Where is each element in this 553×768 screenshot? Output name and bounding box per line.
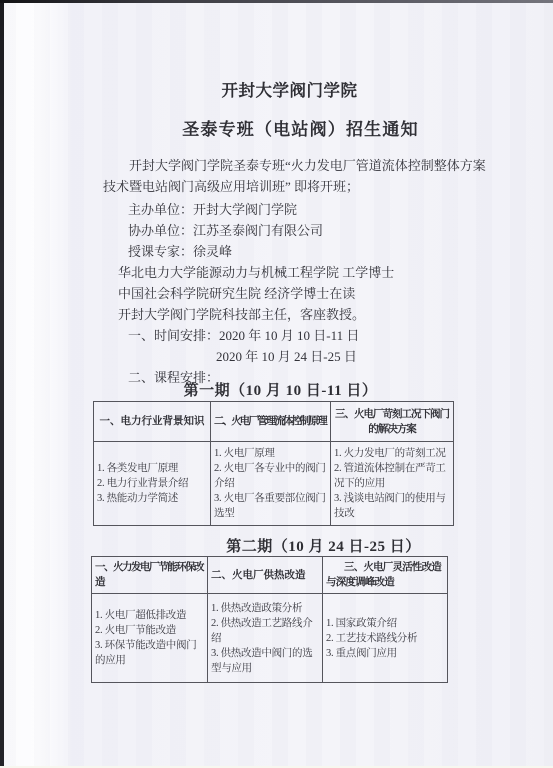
info-line-credential-3: 开封大学阀门学院科技部主任，客座教授。 — [118, 304, 523, 325]
info-block: 主办单位：开封大学阀门学院 协办单位：江苏圣泰阀门有限公司 授课专家：徐灵峰 华… — [103, 199, 523, 388]
table-cell: 1. 火力发电厂的苛刻工况 2. 管道流体控制在严苛工况下的应用 3. 浅谈电站… — [331, 442, 454, 526]
intro-line: 开封大学阀门学院圣泰专班“火力发电厂管道流体控制整体方案 — [129, 155, 501, 176]
info-line-time-schedule-2: 2020 年 10 月 24 日-25 日 — [216, 346, 523, 367]
course-item: 2. 火电厂节能改造 — [95, 623, 204, 638]
table-cell: 1. 国家政策介绍 2. 工艺技术路线分析 3. 重点阀门应用 — [323, 594, 448, 683]
table-cell: 1. 火电厂超低排改造 2. 火电厂节能改造 3. 环保节能改造中阀门的应用 — [92, 594, 208, 683]
table-cell: 1. 各类发电厂原理 2. 电力行业背景介绍 3. 热能动力学简述 — [94, 442, 211, 526]
page-subtitle: 圣泰专班（电站阀）招生通知 — [24, 115, 553, 140]
course-item: 3. 重点阀门应用 — [326, 646, 444, 661]
course-item: 3. 浅谈电站阀门的使用与技改 — [334, 491, 450, 521]
info-line-co-host-unit: 协办单位：江苏圣泰阀门有限公司 — [128, 220, 523, 241]
table-body-row: 1. 火电厂超低排改造 2. 火电厂节能改造 3. 环保节能改造中阀门的应用 1… — [92, 594, 448, 683]
course-item: 1. 火力发电厂的苛刻工况 — [334, 446, 450, 461]
course-item: 3. 热能动力学简述 — [97, 491, 207, 506]
column-header: 三、火电厂苛刻工况下阀门的解决方案 — [331, 402, 454, 442]
course-item: 2. 管道流体控制在严苛工况下的应用 — [334, 461, 450, 491]
table2-caption: 第二期（10 月 24 日-25 日） — [47, 535, 553, 556]
column-header: 二、火电厂管理流体控制原理 — [211, 402, 331, 442]
course-item: 1. 国家政策介绍 — [326, 616, 444, 631]
intro-paragraph: 开封大学阀门学院圣泰专班“火力发电厂管道流体控制整体方案 技术暨电站阀门高级应用… — [103, 155, 501, 197]
info-line-credential-2: 中国社会科学院研究生院 经济学博士在读 — [118, 283, 523, 304]
course-item: 2. 工艺技术路线分析 — [326, 631, 444, 646]
info-line-host-unit: 主办单位：开封大学阀门学院 — [128, 199, 523, 220]
course-item: 1. 火电厂超低排改造 — [95, 608, 204, 623]
scanned-document-page: 开封大学阀门学院 圣泰专班（电站阀）招生通知 开封大学阀门学院圣泰专班“火力发电… — [0, 0, 553, 768]
info-line-credential-1: 华北电力大学能源动力与机械工程学院 工学博士 — [118, 262, 523, 283]
page-title: 开封大学阀门学院 — [13, 77, 553, 101]
column-header: 一、火力发电厂节能环保改造 — [92, 557, 208, 594]
course-item: 3. 供热改造中阀门的选型与应用 — [211, 646, 319, 676]
table-cell: 1. 火电厂原理 2. 火电厂各专业中的阀门介绍 3. 火电厂各重要部位阀门选型 — [211, 442, 331, 526]
course-table-period-1: 一、电力行业背景知识 二、火电厂管理流体控制原理 三、火电厂苛刻工况下阀门的解决… — [93, 401, 454, 526]
column-header: 三、火电厂灵活性改造与深度调峰改造 — [323, 557, 448, 594]
info-line-time-schedule: 一、时间安排：2020 年 10 月 10 日-11 日 — [128, 325, 523, 346]
course-item: 2. 火电厂各专业中的阀门介绍 — [214, 461, 327, 491]
column-header: 一、电力行业背景知识 — [94, 402, 211, 442]
course-item: 2. 电力行业背景介绍 — [97, 476, 207, 491]
course-table-period-2: 一、火力发电厂节能环保改造 二、火电厂供热改造 三、火电厂灵活性改造与深度调峰改… — [91, 556, 448, 683]
scan-edge-top — [0, 0, 553, 3]
info-line-lecturer: 授课专家：徐灵峰 — [128, 241, 523, 262]
table-header-row: 一、火力发电厂节能环保改造 二、火电厂供热改造 三、火电厂灵活性改造与深度调峰改… — [92, 557, 448, 594]
table1-caption: 第一期（10 月 10 日-11 日） — [4, 379, 553, 400]
course-item: 1. 各类发电厂原理 — [97, 461, 207, 476]
intro-line: 技术暨电站阀门高级应用培训班” 即将开班； — [103, 176, 501, 197]
course-item: 2. 供热改造工艺路线介绍 — [211, 616, 319, 646]
table-body-row: 1. 各类发电厂原理 2. 电力行业背景介绍 3. 热能动力学简述 1. 火电厂… — [94, 442, 454, 526]
table-header-row: 一、电力行业背景知识 二、火电厂管理流体控制原理 三、火电厂苛刻工况下阀门的解决… — [94, 402, 454, 442]
table-cell: 1. 供热改造政策分析 2. 供热改造工艺路线介绍 3. 供热改造中阀门的选型与… — [208, 594, 323, 683]
course-item: 3. 火电厂各重要部位阀门选型 — [214, 491, 327, 521]
course-item: 1. 供热改造政策分析 — [211, 601, 319, 616]
course-item: 1. 火电厂原理 — [214, 446, 327, 461]
column-header: 二、火电厂供热改造 — [208, 557, 323, 594]
course-item: 3. 环保节能改造中阀门的应用 — [95, 638, 204, 668]
